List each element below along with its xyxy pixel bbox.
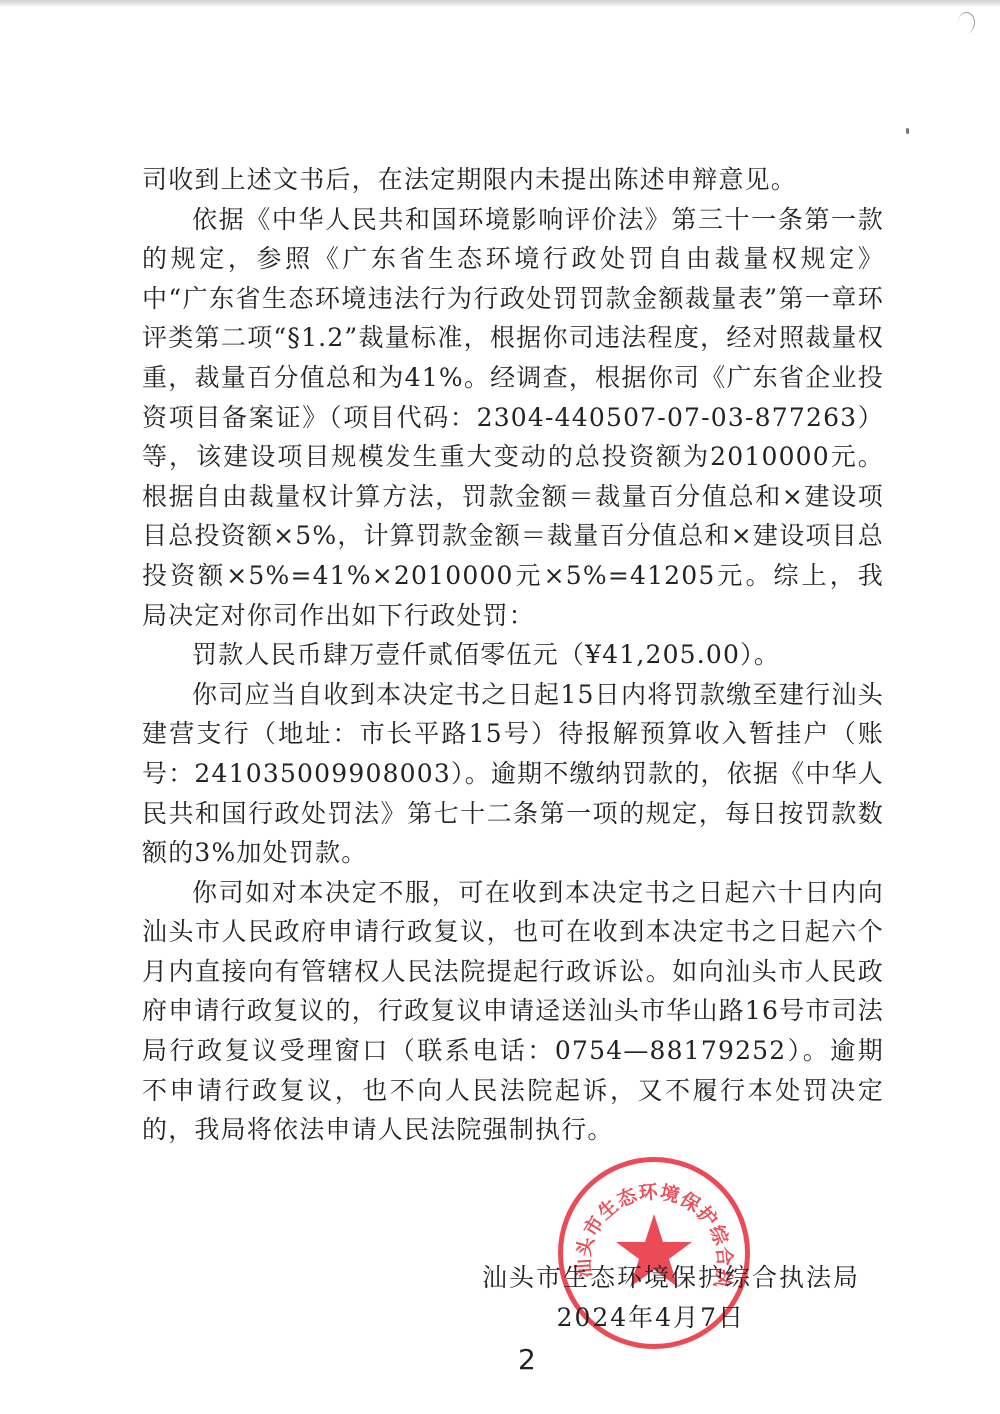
paragraph: 司收到上述文书后，在法定期限内未提出陈述申辩意见。 (142, 160, 884, 200)
issue-date: 2024年4月7日 (470, 1298, 860, 1338)
scan-artifact (906, 128, 909, 134)
document-body: 司收到上述文书后，在法定期限内未提出陈述申辩意见。 依据《中华人民共和国环境影响… (142, 160, 884, 1150)
page-number: 2 (518, 1343, 536, 1376)
paragraph-penalty-amount: 罚款人民币肆万壹仟贰佰零伍元（¥41,205.00）。 (142, 635, 884, 675)
signature-block: 汕头市生态环境保护综合执法局 2024年4月7日 (470, 1258, 860, 1338)
issuing-organization: 汕头市生态环境保护综合执法局 (470, 1258, 860, 1298)
paragraph-payment-instructions: 你司应当自收到本决定书之日起15日内将罚款缴至建行汕头建营支行（地址：市长平路1… (142, 675, 884, 873)
paragraph-legal-basis: 依据《中华人民共和国环境影响评价法》第三十一条第一款的规定，参照《广东省生态环境… (142, 200, 884, 636)
paragraph-appeal-rights: 你司如对本决定不服，可在收到本决定书之日起六十日内向汕头市人民政府申请行政复议，… (142, 873, 884, 1150)
scan-top-edge (0, 0, 1000, 6)
scan-artifact (958, 12, 975, 33)
